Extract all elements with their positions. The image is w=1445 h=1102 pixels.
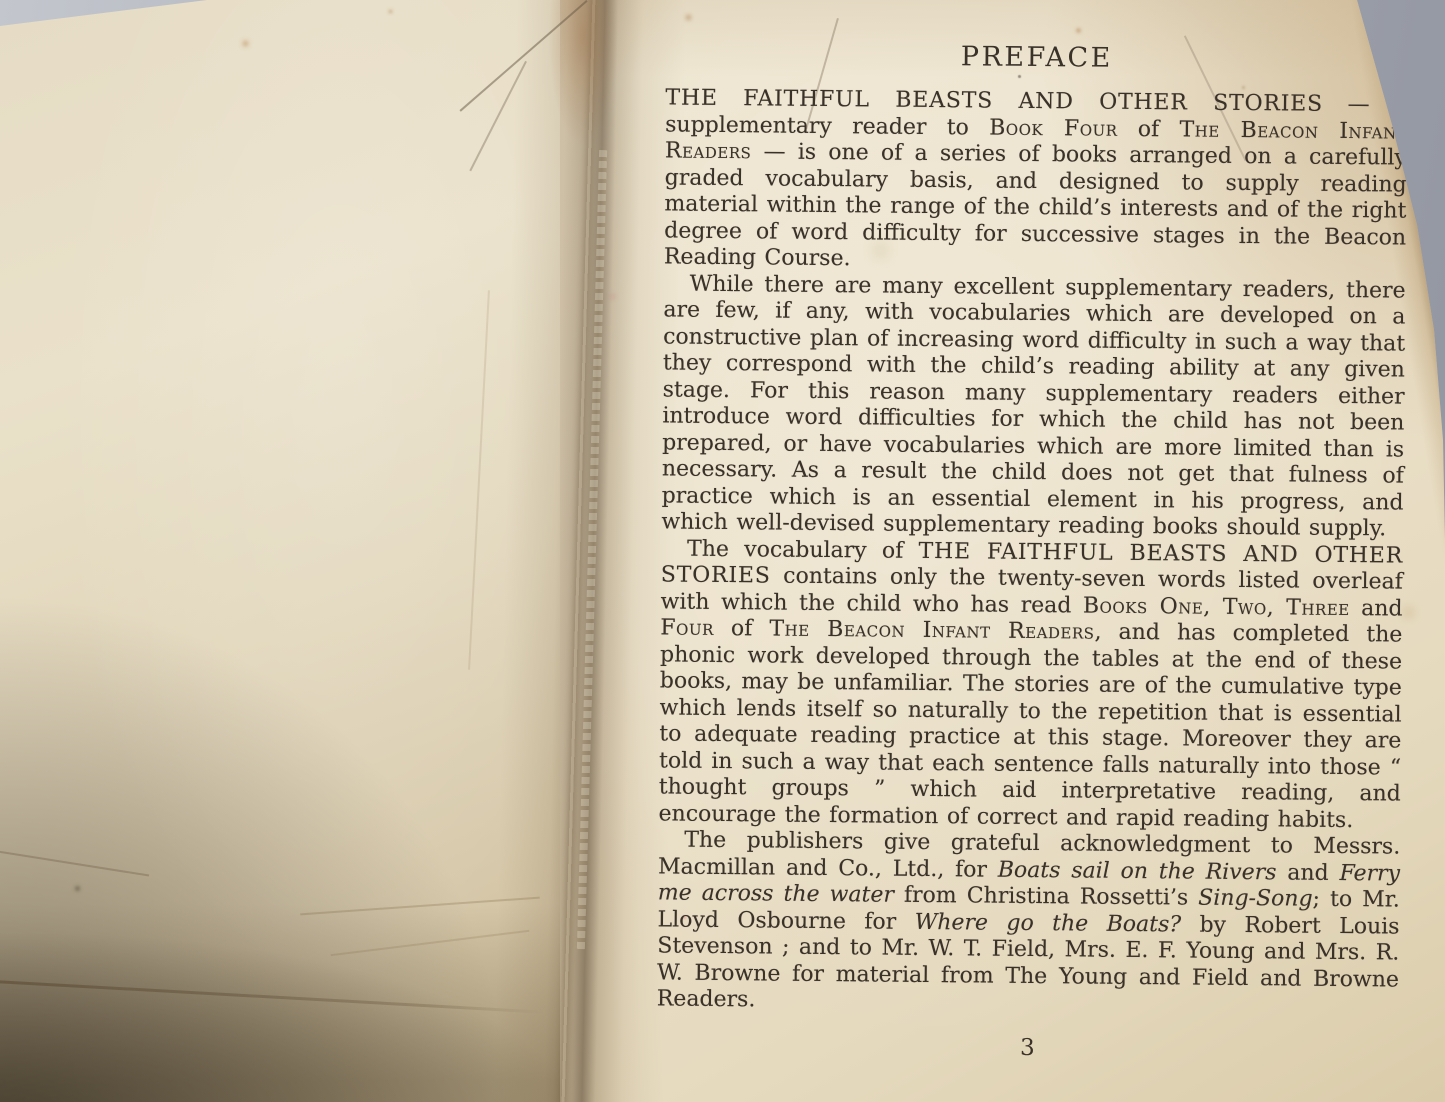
text-run: , and has completed the phonic work deve… bbox=[658, 620, 1402, 833]
text-run: Book Four bbox=[989, 115, 1118, 141]
text-run: While there are many excellent supplemen… bbox=[661, 271, 1405, 541]
text-block: PREFACE THE FAITHFUL BEASTS AND OTHER ST… bbox=[656, 38, 1408, 1064]
text-run: from Christina Rossetti’s bbox=[894, 883, 1199, 911]
text-run: and bbox=[1276, 860, 1339, 886]
paragraph: The publishers give grateful acknowledgm… bbox=[657, 827, 1401, 1020]
text-run: The Beacon Infant Readers bbox=[769, 616, 1094, 644]
text-run: Books One, Two, Three bbox=[1083, 593, 1350, 621]
paragraph: THE FAITHFUL BEASTS AND OTHER STORIES — … bbox=[664, 85, 1408, 278]
book-photo: PREFACE THE FAITHFUL BEASTS AND OTHER ST… bbox=[0, 0, 1445, 1102]
page-title: PREFACE bbox=[666, 38, 1408, 76]
text-run: Boats sail on the Rivers bbox=[998, 857, 1277, 885]
paragraph: The vocabulary of THE FAITHFUL BEASTS AN… bbox=[658, 536, 1403, 835]
text-run: of bbox=[1117, 116, 1179, 142]
text-run: Where go the Boats? bbox=[915, 909, 1182, 937]
text-run: The vocabulary of bbox=[687, 536, 919, 563]
text-run: Four bbox=[660, 615, 714, 641]
text-run: of bbox=[714, 616, 770, 642]
text-run: — is one of a series of books arranged o… bbox=[664, 139, 1407, 271]
page-paragraphs: THE FAITHFUL BEASTS AND OTHER STORIES — … bbox=[657, 85, 1408, 1020]
paragraph: While there are many excellent supplemen… bbox=[661, 271, 1406, 543]
open-book: PREFACE THE FAITHFUL BEASTS AND OTHER ST… bbox=[0, 0, 1445, 1102]
text-run: and bbox=[1350, 596, 1403, 622]
text-run: Sing-Song bbox=[1198, 886, 1313, 912]
spine-top-stain bbox=[548, 0, 618, 148]
